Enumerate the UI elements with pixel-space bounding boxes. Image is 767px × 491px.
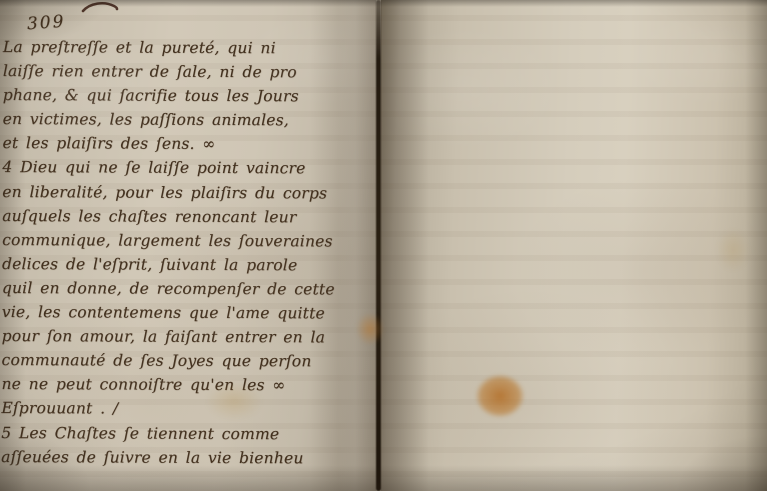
manuscript-line: 5 Les Chaſtes ſe tiennent comme xyxy=(1,420,334,446)
manuscript-line: phane, & qui ſacrifie tous les Jours xyxy=(3,83,336,109)
left-page-number: 309 xyxy=(26,12,66,35)
ink-bleedthrough-right xyxy=(381,0,767,491)
manuscript-line: quil en donne, de recompenſer de cette xyxy=(2,276,335,302)
left-page-text: La preſtreſſe et la pureté, qui nilaiſſe… xyxy=(1,35,336,470)
manuscript-photo: 309 La preſtreſſe et la pureté, qui nila… xyxy=(0,0,767,491)
manuscript-line: ne ne peut connoiſtre qu'en les ∞ xyxy=(1,372,334,398)
manuscript-line: communique, largement les ſouveraines xyxy=(2,228,335,254)
manuscript-line: communauté de ſes Joyes que perſon xyxy=(2,348,335,374)
book-gutter xyxy=(376,0,381,491)
manuscript-line: et les plaiſirs des ſens. ∞ xyxy=(2,131,335,157)
manuscript-line: laiſſe rien entrer de ſale, ni de pro xyxy=(3,59,336,85)
right-page: 310 reuſe, l'agneau quelque part quil ai… xyxy=(381,0,767,491)
manuscript-line: La preſtreſſe et la pureté, qui ni xyxy=(3,35,336,61)
manuscript-line: Eſprouuant . / xyxy=(1,396,334,422)
manuscript-line: auſquels les chaſtes renoncant leur xyxy=(2,204,335,230)
manuscript-line: aſſeuées de ſuivre en la vie bienheu xyxy=(1,445,334,471)
manuscript-line: pour ſon amour, la faiſant entrer en la xyxy=(2,324,335,350)
manuscript-line: 4 Dieu qui ne ſe laiſſe point vaincre xyxy=(2,155,335,181)
left-page: 309 La preſtreſſe et la pureté, qui nila… xyxy=(0,0,381,491)
manuscript-line: vie, les contentemens que l'ame quitte xyxy=(2,300,335,326)
manuscript-line: delices de l'eſprit, ſuivant la parole xyxy=(2,252,335,278)
manuscript-line: en victimes, les paſſions animales, xyxy=(3,107,336,133)
manuscript-line: en liberalité, pour les plaiſirs du corp… xyxy=(2,180,335,206)
